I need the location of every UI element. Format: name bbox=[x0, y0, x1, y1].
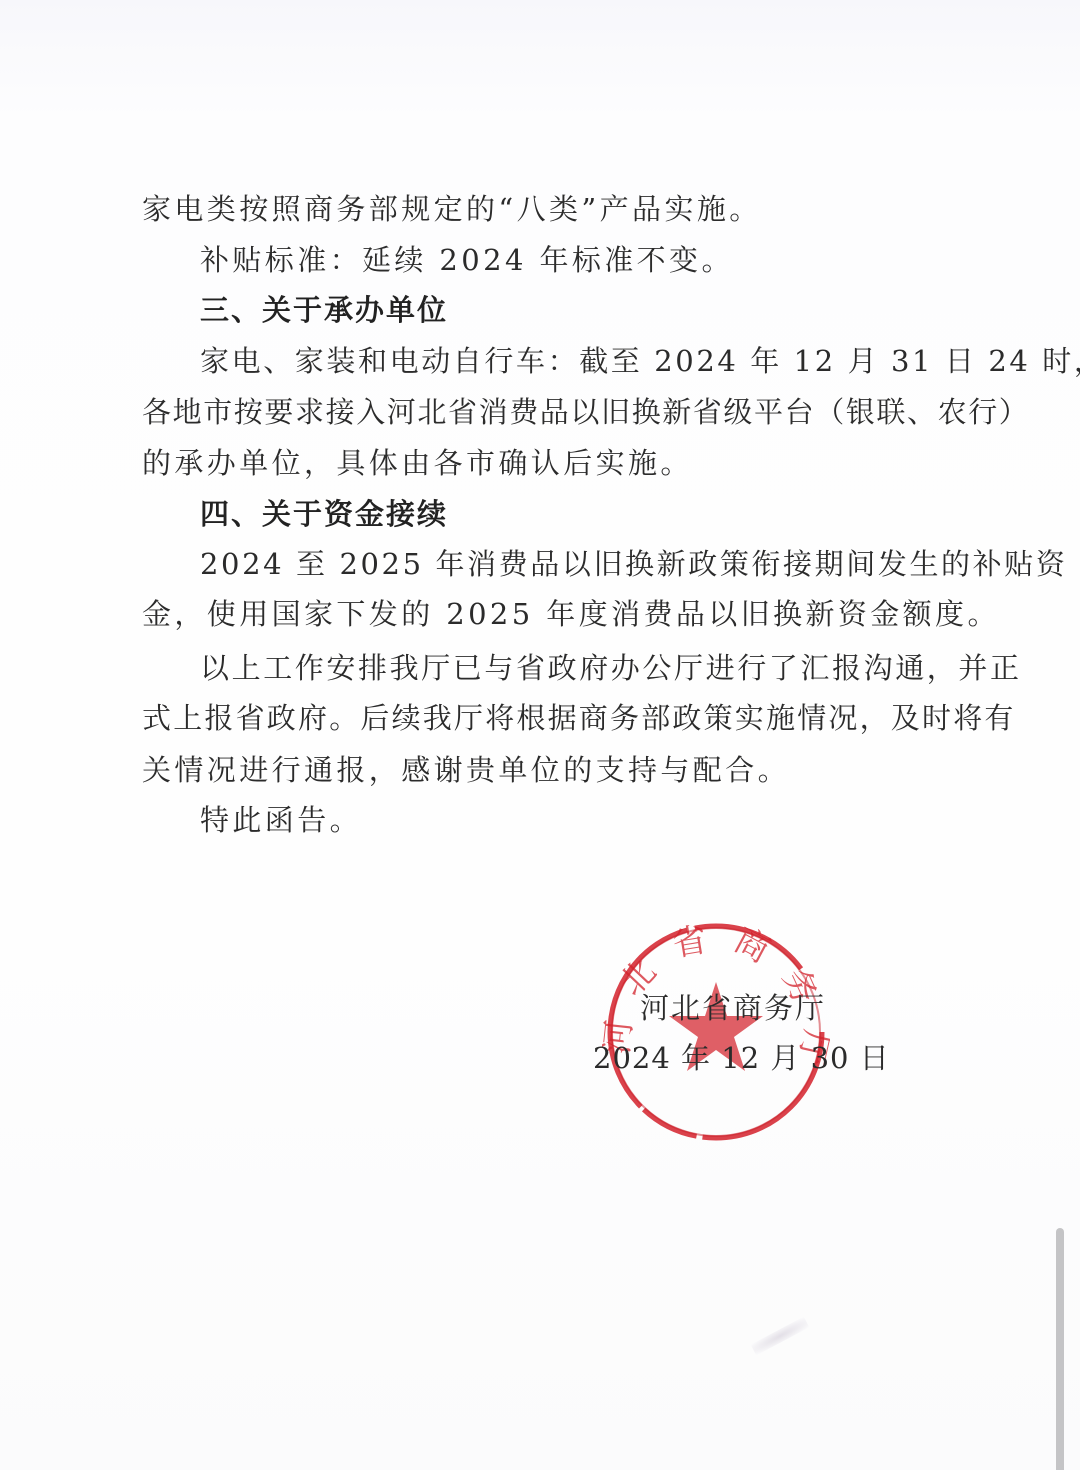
paragraph-closing-line-2: 式上报省政府。后续我厅将根据商务部政策实施情况，及时将有 bbox=[142, 698, 1016, 738]
section-heading-fund-continuation: 四、关于资金接续 bbox=[200, 494, 448, 534]
scanned-document-page: 家电类按照商务部规定的“八类”产品实施。 补贴标准：延续 2024 年标准不变。… bbox=[0, 0, 1080, 1470]
paragraph-subsidy-standard: 补贴标准：延续 2024 年标准不变。 bbox=[200, 240, 734, 280]
paragraph-undertaking-line-2: 各地市按要求接入河北省消费品以旧换新省级平台（银联、农行） bbox=[142, 392, 1029, 432]
paragraph-undertaking-line-3: 的承办单位，具体由各市确认后实施。 bbox=[142, 443, 693, 483]
paragraph-undertaking-line-1: 家电、家装和电动自行车：截至 2024 年 12 月 31 日 24 时， bbox=[200, 341, 1080, 381]
paragraph-closing-line-3: 关情况进行通报，感谢贵单位的支持与配合。 bbox=[142, 750, 790, 790]
paragraph-closing-line-1: 以上工作安排我厅已与省政府办公厅进行了汇报沟通，并正 bbox=[200, 648, 1022, 688]
signature-date: 2024 年 12 月 30 日 bbox=[593, 1038, 890, 1078]
paragraph-product-categories: 家电类按照商务部规定的“八类”产品实施。 bbox=[142, 189, 762, 229]
paragraph-fund-line-1: 2024 至 2025 年消费品以旧换新政策衔接期间发生的补贴资 bbox=[200, 544, 1067, 584]
scan-smudge bbox=[751, 1317, 810, 1356]
paragraph-notice-end: 特此函告。 bbox=[200, 800, 362, 840]
section-heading-undertaking-units: 三、关于承办单位 bbox=[200, 290, 448, 330]
official-seal-stamp: 河北省商务厅 bbox=[602, 918, 830, 1146]
paragraph-fund-line-2: 金，使用国家下发的 2025 年度消费品以旧换新资金额度。 bbox=[142, 594, 1000, 634]
signature-organization: 河北省商务厅 bbox=[640, 988, 826, 1028]
vertical-scrollbar[interactable] bbox=[1056, 1228, 1064, 1470]
